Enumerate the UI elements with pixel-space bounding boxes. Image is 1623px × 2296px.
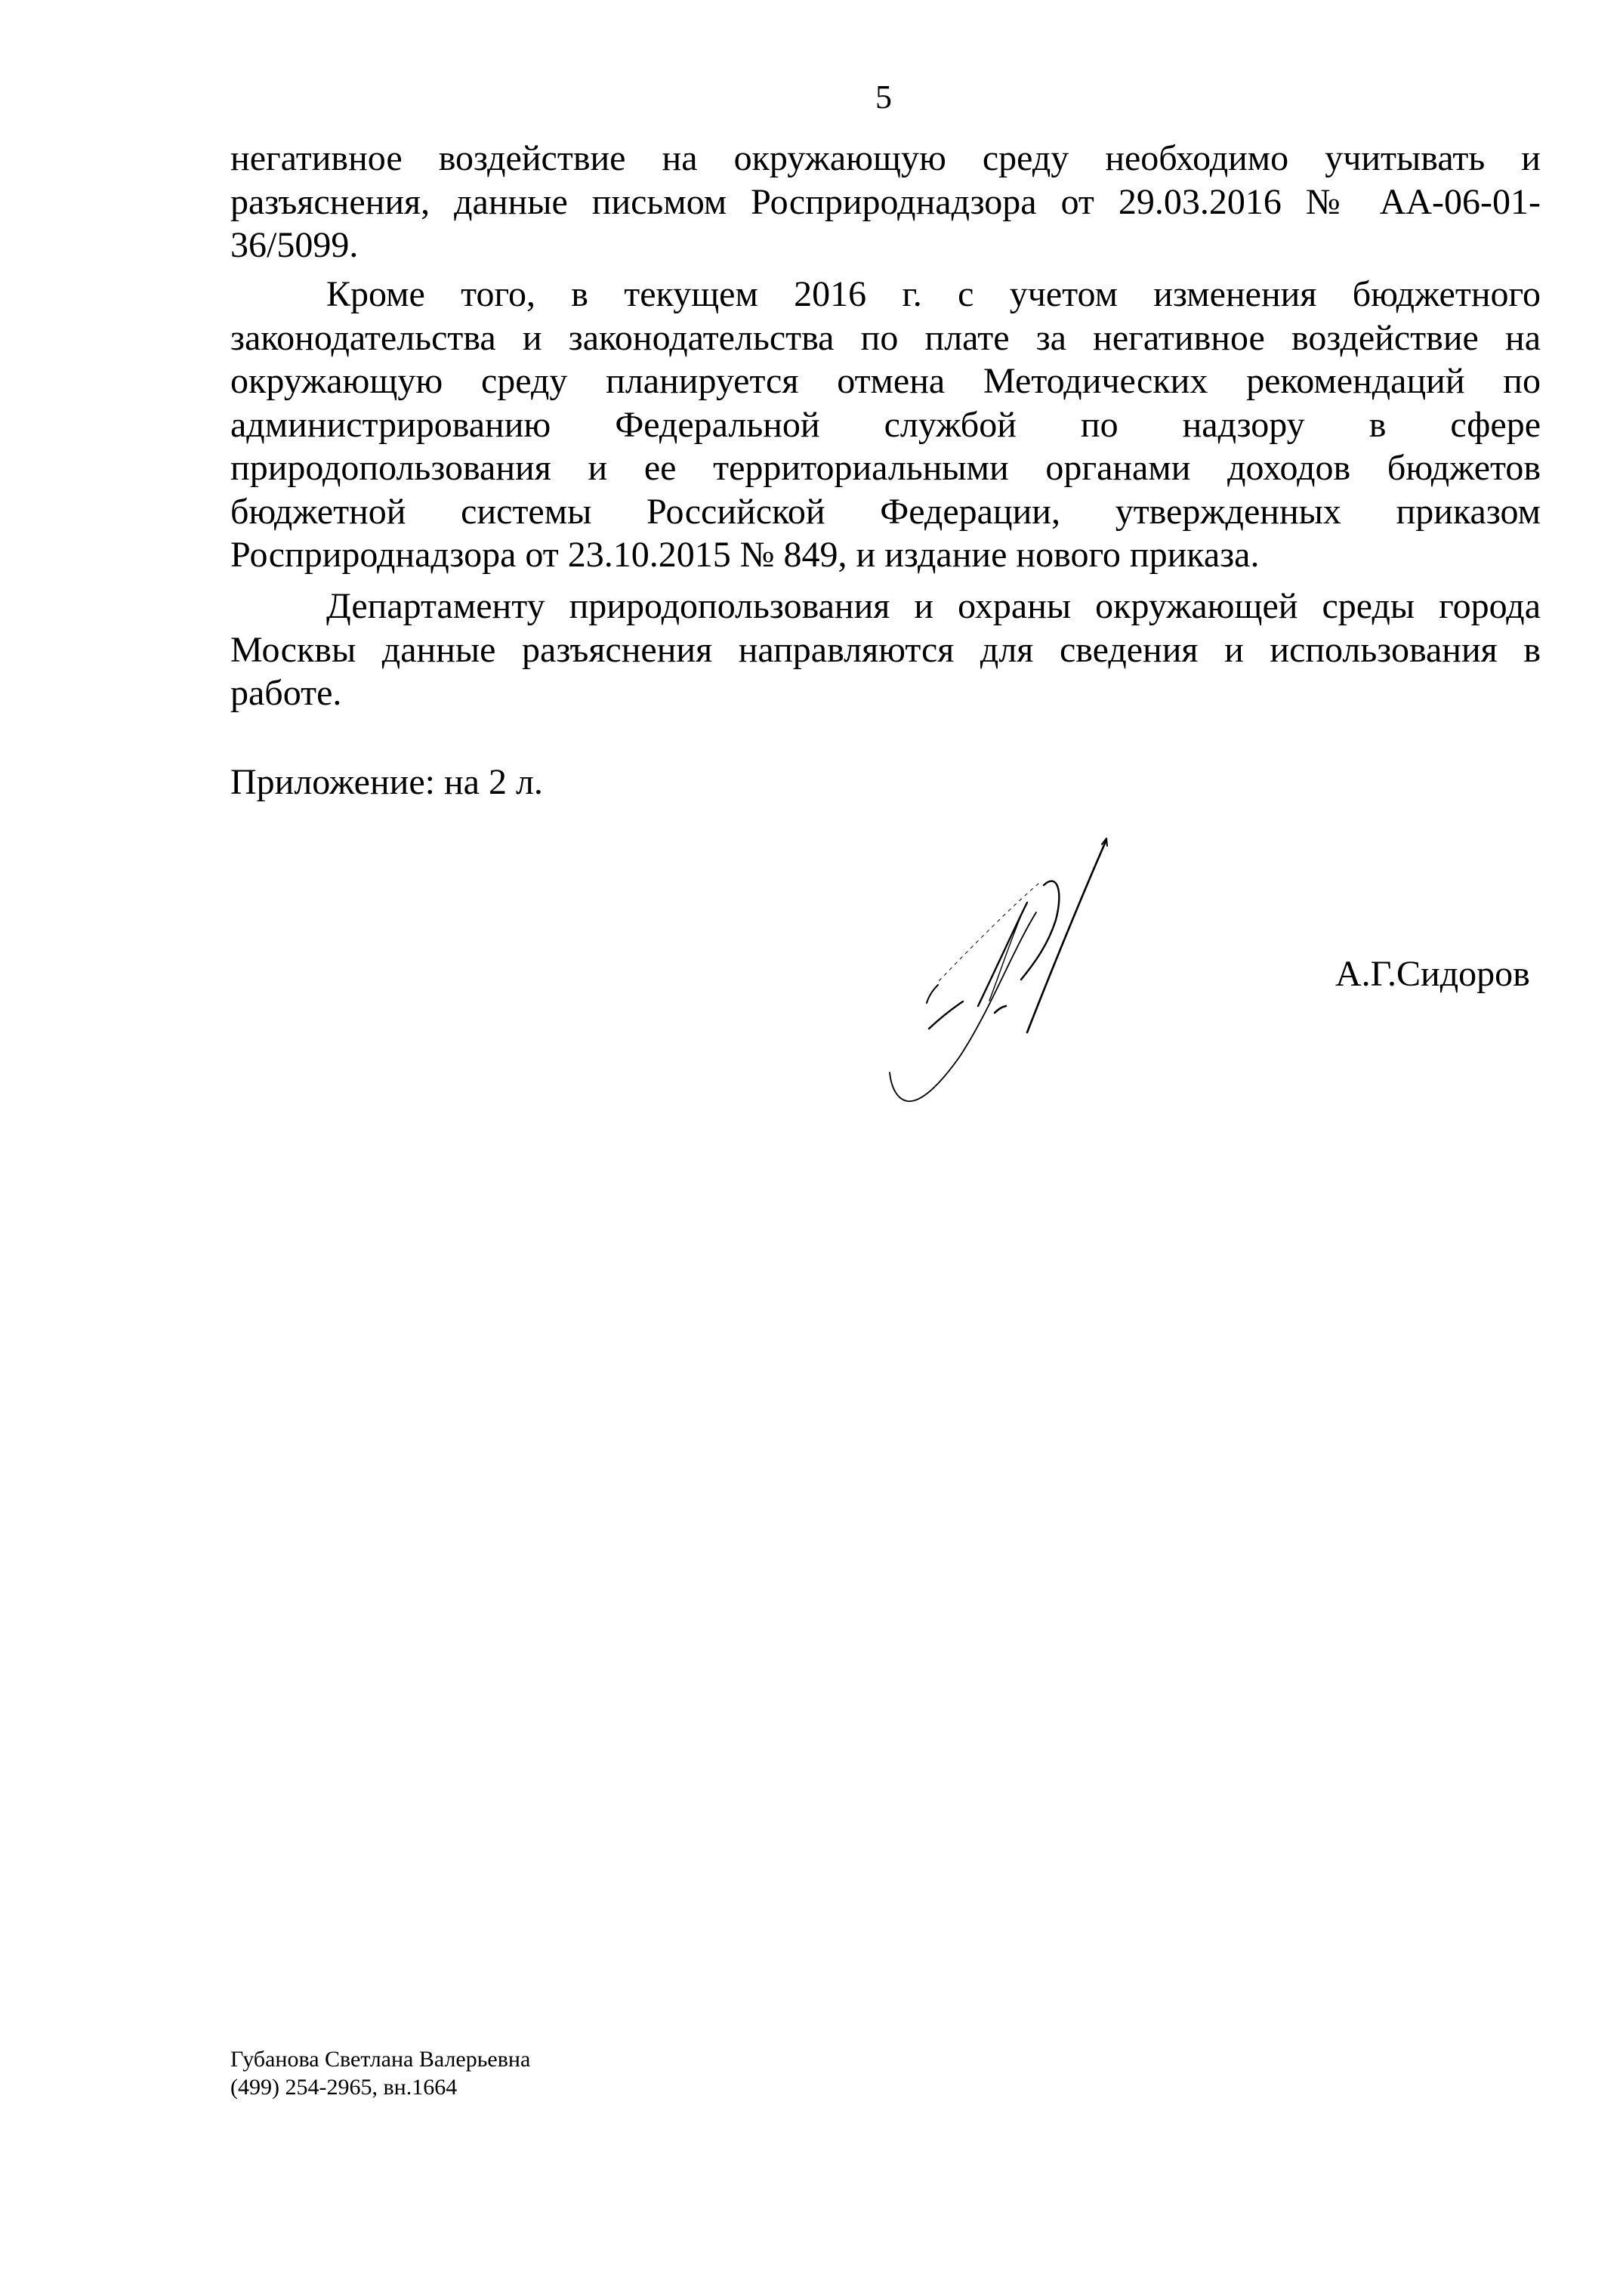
text-line: Департаменту природопользования и охраны… (230, 585, 1541, 628)
text-line: окружающую среду планируется отмена Мето… (230, 360, 1541, 403)
text-line: Росприроднадзора от 23.10.2015 № 849, и … (230, 533, 1541, 577)
text-line: 36/5099. (230, 224, 1541, 267)
signature-icon (869, 831, 1125, 1118)
text-line: Кроме того, в текущем 2016 г. с учетом и… (230, 273, 1541, 316)
text-line: природопользования и ее территориальными… (230, 446, 1541, 490)
text-line: администрированию Федеральной службой по… (230, 403, 1541, 447)
text-line: Москвы данные разъяснения направляются д… (230, 628, 1541, 672)
paragraph-1: негативное воздействие на окружающую сре… (230, 137, 1541, 267)
text-line: работе. (230, 671, 1541, 715)
text-line: законодательства и законодательства по п… (230, 316, 1541, 360)
signer-name: А.Г.Сидоров (1335, 952, 1530, 996)
text-line: негативное воздействие на окружающую сре… (230, 137, 1541, 181)
contact-name: Губанова Светлана Валерьевна (230, 2045, 530, 2073)
paragraph-2: Кроме того, в текущем 2016 г. с учетом и… (230, 273, 1541, 577)
page-number: 5 (869, 79, 899, 116)
paragraph-3: Департаменту природопользования и охраны… (230, 585, 1541, 715)
footer-contact: Губанова Светлана Валерьевна (499) 254-2… (230, 2045, 530, 2101)
text-line: бюджетной системы Российской Федерации, … (230, 490, 1541, 534)
attachment-note: Приложение: на 2 л. (230, 761, 543, 804)
contact-phone: (499) 254-2965, вн.1664 (230, 2073, 530, 2101)
text-line: разъяснения, данные письмом Росприроднад… (230, 181, 1541, 224)
